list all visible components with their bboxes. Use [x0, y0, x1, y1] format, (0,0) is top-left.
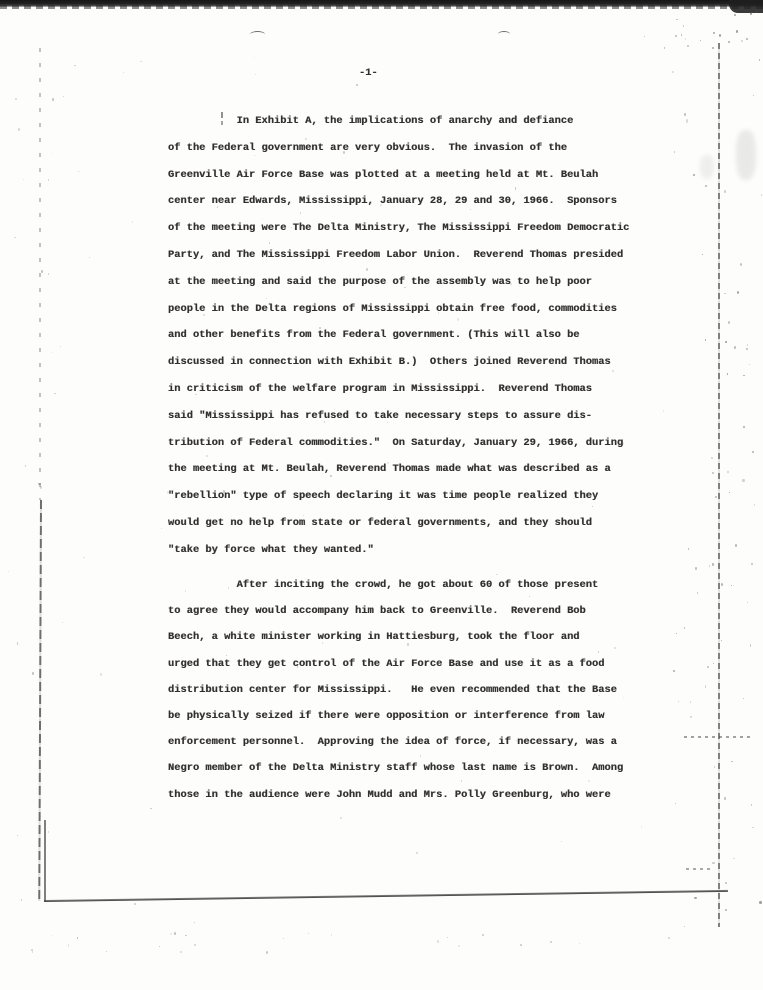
- noise-speck: [735, 544, 737, 546]
- noise-speck: [688, 548, 690, 550]
- scan-edge-top-texture: [0, 5, 763, 9]
- noise-speck: [356, 84, 358, 86]
- noise-speck: [747, 344, 749, 346]
- noise-speck: [725, 882, 727, 885]
- text-line: center near Edwards, Mississippi, Januar…: [168, 188, 629, 215]
- text-line: in criticism of the welfare program in M…: [168, 376, 629, 403]
- noise-speck: [132, 221, 133, 222]
- noise-speck: [740, 263, 742, 266]
- noise-speck: [561, 841, 562, 842]
- scanned-document-page: -1- In Exhibit A, the implications of an…: [0, 0, 763, 990]
- noise-speck: [759, 901, 761, 904]
- text-line: to agree they would accompany him back t…: [168, 598, 623, 624]
- noise-speck: [52, 153, 53, 154]
- noise-speck: [672, 71, 674, 74]
- noise-speck: [100, 673, 102, 676]
- noise-speck: [123, 72, 124, 73]
- noise-speck: [78, 171, 80, 172]
- noise-speck: [62, 622, 63, 623]
- noise-speck: [714, 766, 716, 767]
- noise-speck: [678, 701, 679, 702]
- noise-speck: [159, 946, 160, 947]
- noise-speck: [751, 804, 752, 806]
- text-line: Negro member of the Delta Ministry staff…: [168, 755, 623, 781]
- text-line: distribution center for Mississippi. He …: [168, 677, 623, 703]
- noise-speck: [728, 41, 730, 43]
- noise-speck: [664, 47, 666, 49]
- noise-speck: [447, 937, 448, 938]
- noise-speck: [48, 831, 50, 833]
- noise-speck: [48, 273, 50, 274]
- noise-speck: [331, 934, 332, 936]
- noise-speck: [759, 59, 761, 61]
- noise-speck: [676, 19, 678, 21]
- noise-speck: [25, 465, 27, 467]
- noise-speck: [23, 179, 24, 180]
- text-line: people in the Delta regions of Mississip…: [168, 296, 629, 323]
- noise-speck: [32, 951, 33, 953]
- noise-speck: [63, 96, 64, 98]
- text-line: said "Mississippi has refused to take ne…: [168, 403, 629, 430]
- noise-speck: [724, 190, 725, 192]
- noise-speck: [705, 685, 706, 686]
- noise-speck: [675, 35, 677, 37]
- noise-speck: [685, 38, 687, 40]
- scan-mark: [250, 31, 265, 38]
- noise-speck: [161, 528, 162, 529]
- text-line: urged that they get control of the Air F…: [168, 651, 623, 677]
- noise-speck: [266, 951, 268, 954]
- noise-speck: [255, 74, 256, 75]
- scan-mark: [686, 868, 712, 870]
- noise-speck: [694, 897, 696, 899]
- noise-speck: [713, 663, 714, 664]
- text-line: After inciting the crowd, he got about 6…: [168, 572, 623, 598]
- noise-speck: [742, 479, 744, 482]
- noise-speck: [709, 565, 711, 566]
- noise-speck: [684, 113, 686, 115]
- noise-speck: [51, 935, 52, 936]
- noise-speck: [52, 98, 54, 101]
- noise-speck: [21, 899, 22, 900]
- text-line: "rebellion" type of speech declaring it …: [168, 483, 629, 510]
- noise-speck: [54, 393, 56, 395]
- noise-speck: [340, 817, 341, 819]
- noise-speck: [641, 826, 643, 828]
- noise-speck: [60, 346, 61, 347]
- noise-speck: [721, 640, 722, 641]
- text-line: those in the audience were John Mudd and…: [168, 782, 623, 808]
- noise-speck: [731, 761, 733, 763]
- noise-speck: [663, 410, 664, 411]
- noise-speck: [700, 40, 701, 41]
- text-line: discussed in connection with Exhibit B.)…: [168, 349, 629, 376]
- noise-speck: [254, 57, 255, 58]
- noise-speck: [416, 852, 418, 854]
- page-number: -1-: [359, 66, 378, 80]
- noise-speck: [675, 803, 676, 804]
- text-line: Party, and The Mississippi Freedom Labor…: [168, 242, 629, 269]
- noise-speck: [693, 174, 695, 176]
- noise-speck: [727, 373, 728, 374]
- noise-speck: [747, 602, 748, 603]
- noise-speck: [743, 426, 745, 428]
- noise-speck: [752, 451, 754, 452]
- noise-speck: [746, 38, 748, 41]
- noise-speck: [676, 633, 678, 634]
- text-line: Beech, a white minister working in Hatti…: [168, 624, 623, 650]
- text-line: and other benefits from the Federal gove…: [168, 322, 629, 349]
- noise-speck: [32, 672, 34, 675]
- noise-speck: [712, 862, 714, 865]
- noise-speck: [150, 808, 151, 810]
- noise-speck: [74, 65, 75, 67]
- noise-speck: [705, 185, 706, 187]
- noise-speck: [724, 797, 726, 799]
- scan-mark: [498, 31, 510, 37]
- noise-speck: [727, 471, 729, 473]
- noise-speck: [14, 237, 16, 239]
- noise-speck: [283, 938, 284, 939]
- noise-speck: [687, 45, 688, 47]
- scan-mark: [736, 130, 756, 180]
- noise-speck: [707, 666, 709, 669]
- scan-edge-bottom: [44, 890, 728, 902]
- noise-speck: [437, 940, 439, 943]
- text-line: tribution of Federal commodities." On Sa…: [168, 430, 629, 457]
- noise-speck: [753, 95, 754, 96]
- noise-speck: [705, 339, 706, 341]
- noise-speck: [174, 932, 176, 935]
- noise-speck: [725, 341, 726, 343]
- noise-speck: [52, 352, 53, 353]
- noise-speck: [729, 492, 730, 493]
- noise-speck: [623, 697, 624, 698]
- noise-speck: [482, 934, 484, 936]
- noise-speck: [712, 563, 714, 565]
- noise-speck: [750, 644, 752, 646]
- noise-speck: [579, 943, 580, 944]
- noise-speck: [715, 496, 717, 498]
- text-line: the meeting at Mt. Beulah, Reverend Thom…: [168, 456, 629, 483]
- noise-speck: [684, 926, 685, 927]
- text-line: of the meeting were The Delta Ministry, …: [168, 215, 629, 242]
- noise-speck: [761, 194, 763, 196]
- noise-speck: [15, 98, 17, 100]
- text-line: at the meeting and said the purpose of t…: [168, 269, 629, 296]
- noise-speck: [520, 944, 522, 946]
- noise-speck: [733, 858, 735, 860]
- noise-speck: [754, 504, 755, 505]
- noise-speck: [711, 457, 713, 459]
- noise-speck: [734, 14, 736, 16]
- noise-speck: [719, 34, 721, 37]
- noise-speck: [77, 937, 78, 939]
- scan-left-margin-line-upper: [39, 48, 41, 500]
- noise-speck: [194, 922, 195, 923]
- noise-speck: [308, 933, 309, 934]
- paragraph-1: In Exhibit A, the implications of anarch…: [168, 108, 629, 564]
- noise-speck: [690, 716, 692, 718]
- noise-speck: [68, 944, 70, 946]
- noise-speck: [712, 472, 714, 474]
- noise-speck: [681, 34, 683, 36]
- noise-speck: [731, 585, 732, 586]
- noise-speck: [185, 935, 187, 936]
- noise-speck: [695, 567, 697, 570]
- noise-speck: [170, 933, 172, 935]
- scan-corner-blob: [729, 0, 763, 13]
- noise-speck: [140, 61, 141, 62]
- scan-mark: [44, 820, 46, 902]
- noise-speck: [734, 346, 736, 349]
- noise-speck: [48, 179, 49, 181]
- paragraph-2: After inciting the crowd, he got about 6…: [168, 572, 623, 808]
- noise-speck: [674, 151, 675, 153]
- noise-speck: [736, 30, 738, 33]
- noise-speck: [644, 36, 645, 37]
- noise-speck: [751, 563, 753, 565]
- noise-speck: [683, 25, 685, 27]
- noise-speck: [713, 32, 714, 33]
- text-line: enforcement personnel. Approving the ide…: [168, 729, 623, 755]
- noise-speck: [550, 941, 552, 943]
- scan-mark: [700, 155, 714, 179]
- noise-speck: [41, 270, 43, 272]
- noise-speck: [684, 627, 685, 628]
- noise-speck: [749, 364, 750, 365]
- noise-speck: [728, 321, 730, 324]
- noise-speck: [180, 951, 182, 953]
- noise-speck: [83, 557, 85, 558]
- text-line: In Exhibit A, the implications of anarch…: [168, 108, 629, 135]
- noise-speck: [697, 592, 698, 593]
- noise-speck: [194, 944, 196, 946]
- noise-speck: [668, 937, 670, 939]
- noise-speck: [743, 375, 745, 377]
- text-line: be physically seized if there were oppos…: [168, 703, 623, 729]
- text-line: "take by force what they wanted.": [168, 537, 629, 564]
- noise-speck: [31, 949, 33, 951]
- noise-speck: [18, 128, 20, 131]
- noise-speck: [686, 119, 688, 122]
- text-line: would get no help from state or federal …: [168, 510, 629, 537]
- noise-speck: [458, 945, 460, 947]
- noise-speck: [705, 686, 706, 688]
- noise-speck: [89, 257, 90, 258]
- noise-speck: [106, 951, 107, 952]
- noise-speck: [8, 571, 9, 572]
- noise-speck: [673, 670, 675, 671]
- noise-speck: [690, 701, 691, 703]
- noise-speck: [746, 348, 748, 350]
- noise-speck: [724, 293, 726, 295]
- noise-speck: [743, 698, 744, 699]
- noise-speck: [737, 291, 739, 294]
- noise-speck: [702, 254, 703, 255]
- text-line: Greenville Air Force Base was plotted at…: [168, 162, 629, 189]
- noise-speck: [752, 827, 754, 828]
- text-line: of the Federal government are very obvio…: [168, 135, 629, 162]
- noise-speck: [721, 583, 723, 586]
- scan-left-margin-line-lower: [38, 500, 42, 901]
- scan-right-margin-line: [718, 43, 720, 927]
- noise-speck: [712, 47, 713, 48]
- noise-speck: [17, 642, 19, 644]
- noise-speck: [134, 903, 136, 905]
- noise-speck: [741, 40, 743, 42]
- noise-speck: [725, 909, 727, 911]
- noise-speck: [17, 835, 18, 837]
